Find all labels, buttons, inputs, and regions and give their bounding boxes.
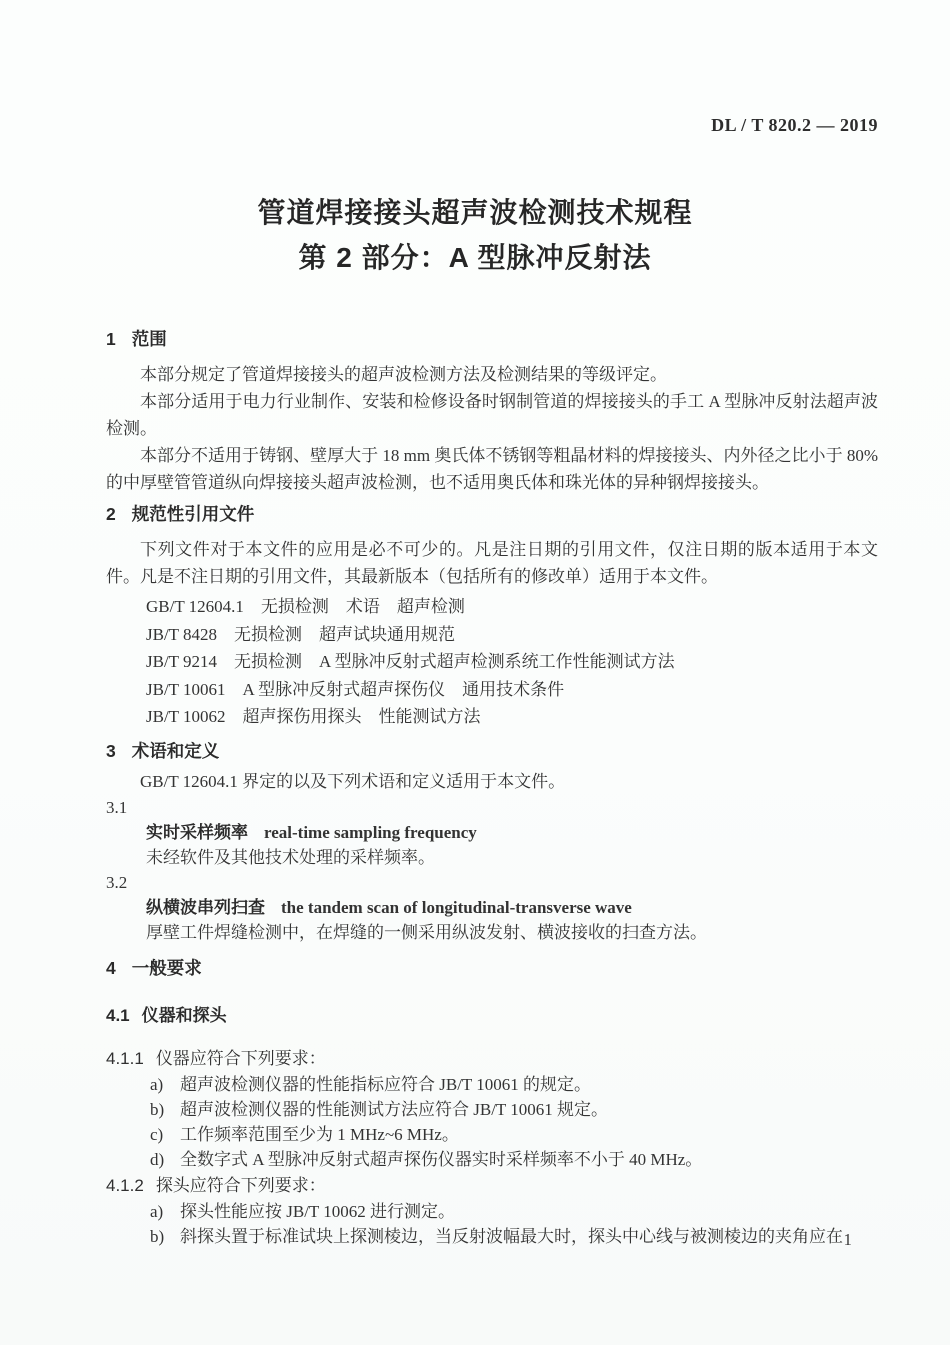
section-4-heading: 4 一般要求: [106, 955, 878, 982]
term-definition: 未经软件及其他技术处理的采样频率。: [106, 845, 878, 870]
section-4-1-heading: 4.1 仪器和探头: [106, 1002, 878, 1029]
document-title-line2: 第 2 部分：A 型脉冲反射法: [0, 235, 950, 280]
section-2-heading: 2 规范性引用文件: [106, 501, 878, 528]
reference-item: JB/T 9214 无损检测 A 型脉冲反射式超声检测系统工作性能测试方法: [106, 648, 878, 676]
section-1-paragraph-3: 本部分不适用于铸钢、壁厚大于 18 mm 奥氏体不锈钢等粗晶材料的焊接接头、内外…: [106, 442, 878, 496]
list-item: b) 斜探头置于标准试块上探测棱边，当反射波幅最大时，探头中心线与被测棱边的夹角…: [106, 1224, 878, 1249]
list-item-text: 工作频率范围至少为 1 MHz~6 MHz。: [180, 1122, 878, 1147]
term-name-chinese: 实时采样频率: [146, 823, 248, 842]
page-number: 1: [844, 1230, 853, 1250]
list-item-text: 超声波检测仪器的性能指标应符合 JB/T 10061 的规定。: [180, 1072, 878, 1097]
list-item-text: 探头性能应按 JB/T 10062 进行测定。: [180, 1199, 878, 1224]
clause-4-1-1-number: 4.1.1: [106, 1045, 144, 1072]
reference-item: JB/T 8428 无损检测 超声试块通用规范: [106, 621, 878, 649]
clause-4-1-1-text: 仪器应符合下列要求：: [156, 1045, 326, 1072]
clause-4-1-2: 4.1.2 探头应符合下列要求：: [106, 1172, 878, 1199]
section-2-paragraph-1: 下列文件对于本文件的应用是必不可少的。凡是注日期的引用文件，仅注日期的版本适用于…: [106, 536, 878, 590]
section-4-1-title: 仪器和探头: [142, 1002, 227, 1029]
document-title: 管道焊接接头超声波检测技术规程 第 2 部分：A 型脉冲反射法: [0, 190, 950, 280]
list-item-label: a): [150, 1199, 180, 1224]
reference-item: JB/T 10061 A 型脉冲反射式超声探伤仪 通用技术条件: [106, 676, 878, 704]
term-definition: 厚壁工件焊缝检测中，在焊缝的一侧采用纵波发射、横波接收的扫查方法。: [106, 920, 878, 945]
list-item-label: b): [150, 1097, 180, 1122]
section-3-title: 术语和定义: [132, 738, 220, 765]
clause-4-1-1: 4.1.1 仪器应符合下列要求：: [106, 1045, 878, 1072]
document-number: DL / T 820.2 — 2019: [0, 0, 950, 136]
clause-4-1-2-list: a) 探头性能应按 JB/T 10062 进行测定。 b) 斜探头置于标准试块上…: [106, 1199, 878, 1249]
list-item: b) 超声波检测仪器的性能测试方法应符合 JB/T 10061 规定。: [106, 1097, 878, 1122]
list-item-label: b): [150, 1224, 180, 1249]
section-2-number: 2: [106, 501, 116, 528]
section-4-number: 4: [106, 955, 116, 982]
section-1-number: 1: [106, 326, 116, 353]
list-item: a) 超声波检测仪器的性能指标应符合 JB/T 10061 的规定。: [106, 1072, 878, 1097]
document-title-line1: 管道焊接接头超声波检测技术规程: [0, 190, 950, 235]
term-name-english: the tandem scan of longitudinal-transver…: [281, 898, 632, 917]
section-1-heading: 1 范围: [106, 326, 878, 353]
list-item: c) 工作频率范围至少为 1 MHz~6 MHz。: [106, 1122, 878, 1147]
page-content: 1 范围 本部分规定了管道焊接接头的超声波检测方法及检测结果的等级评定。 本部分…: [0, 326, 950, 1249]
scanned-standard-page: DL / T 820.2 — 2019 管道焊接接头超声波检测技术规程 第 2 …: [0, 0, 950, 1345]
list-item-label: c): [150, 1122, 180, 1147]
section-2-title: 规范性引用文件: [132, 501, 255, 528]
list-item: a) 探头性能应按 JB/T 10062 进行测定。: [106, 1199, 878, 1224]
clause-4-1-2-text: 探头应符合下列要求：: [156, 1172, 326, 1199]
term-number: 3.2: [106, 870, 878, 895]
section-3-number: 3: [106, 738, 116, 765]
list-item-text: 斜探头置于标准试块上探测棱边，当反射波幅最大时，探头中心线与被测棱边的夹角应在: [180, 1224, 878, 1249]
term-name-english: real-time sampling frequency: [264, 823, 477, 842]
list-item-text: 超声波检测仪器的性能测试方法应符合 JB/T 10061 规定。: [180, 1097, 878, 1122]
section-3-heading: 3 术语和定义: [106, 738, 878, 765]
list-item-text: 全数字式 A 型脉冲反射式超声探伤仪器实时采样频率不小于 40 MHz。: [180, 1147, 878, 1172]
section-4-title: 一般要求: [132, 955, 202, 982]
term-name: 实时采样频率real-time sampling frequency: [106, 820, 878, 845]
term-name: 纵横波串列扫查the tandem scan of longitudinal-t…: [106, 895, 878, 920]
section-1-paragraph-1: 本部分规定了管道焊接接头的超声波检测方法及检测结果的等级评定。: [106, 361, 878, 388]
section-4-1-number: 4.1: [106, 1002, 130, 1029]
section-1-title: 范围: [132, 326, 167, 353]
list-item-label: d): [150, 1147, 180, 1172]
term-number: 3.1: [106, 795, 878, 820]
reference-item: GB/T 12604.1 无损检测 术语 超声检测: [106, 593, 878, 621]
section-3-paragraph-1: GB/T 12604.1 界定的以及下列术语和定义适用于本文件。: [106, 768, 878, 795]
term-entry-3-1: 3.1 实时采样频率real-time sampling frequency 未…: [106, 795, 878, 870]
list-item: d) 全数字式 A 型脉冲反射式超声探伤仪器实时采样频率不小于 40 MHz。: [106, 1147, 878, 1172]
reference-item: JB/T 10062 超声探伤用探头 性能测试方法: [106, 703, 878, 731]
term-name-chinese: 纵横波串列扫查: [146, 898, 265, 917]
normative-references-list: GB/T 12604.1 无损检测 术语 超声检测 JB/T 8428 无损检测…: [106, 593, 878, 731]
term-entry-3-2: 3.2 纵横波串列扫查the tandem scan of longitudin…: [106, 870, 878, 945]
section-1-paragraph-2: 本部分适用于电力行业制作、安装和检修设备时钢制管道的焊接接头的手工 A 型脉冲反…: [106, 388, 878, 442]
clause-4-1-1-list: a) 超声波检测仪器的性能指标应符合 JB/T 10061 的规定。 b) 超声…: [106, 1072, 878, 1172]
list-item-label: a): [150, 1072, 180, 1097]
clause-4-1-2-number: 4.1.2: [106, 1172, 144, 1199]
